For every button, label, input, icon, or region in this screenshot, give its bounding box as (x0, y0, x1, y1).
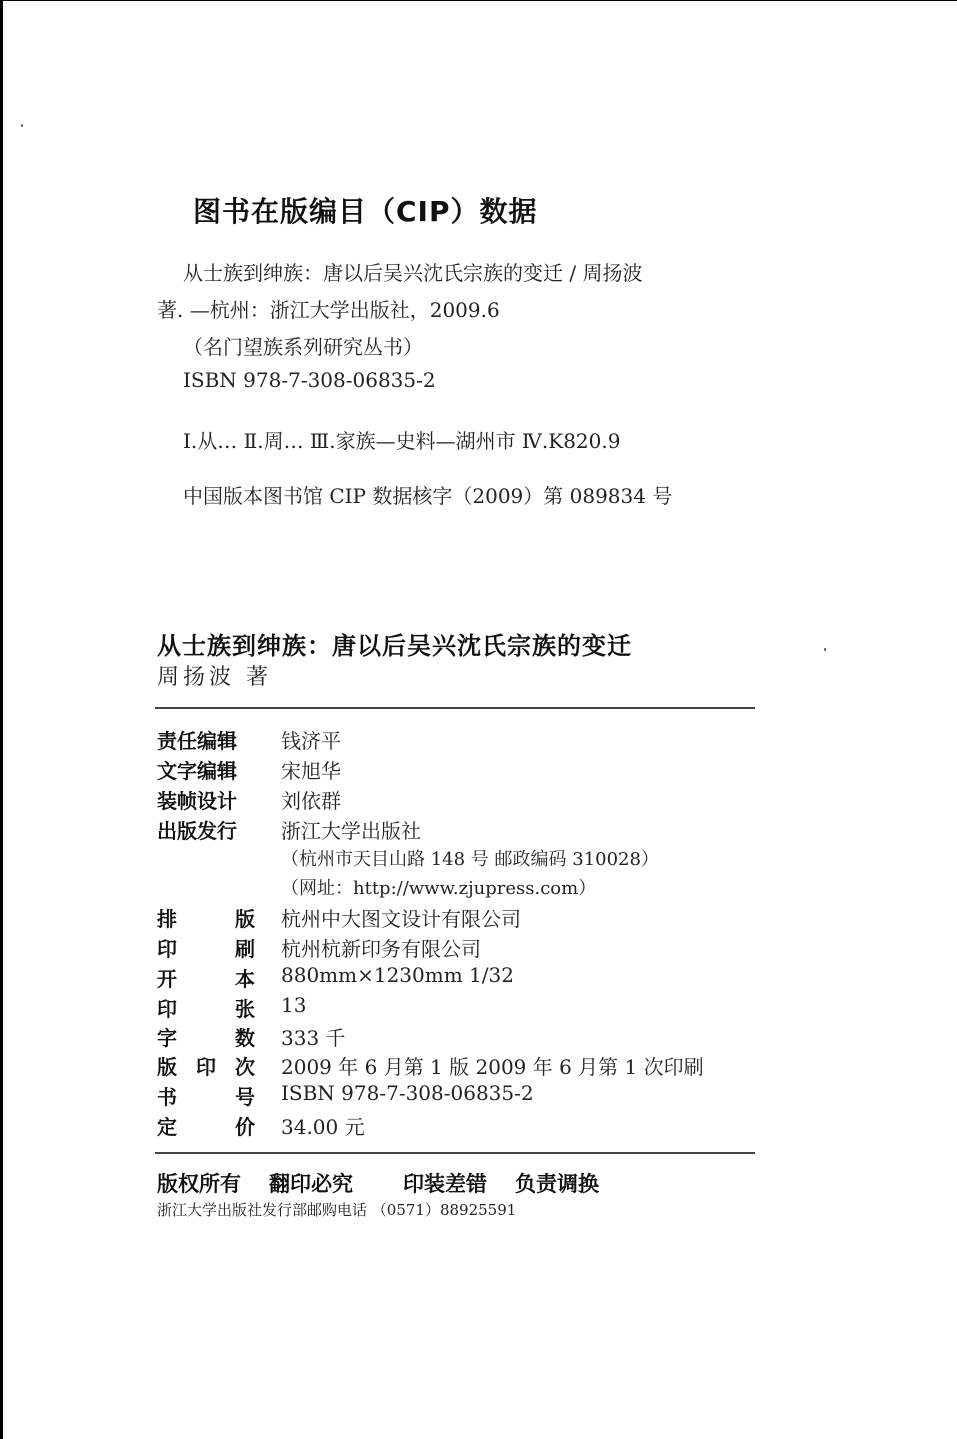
divider-top (155, 707, 755, 709)
colophon-row: 开本880mm×1230mm 1/32 (157, 963, 514, 993)
colophon-row: 书号ISBN 978-7-308-06835-2 (157, 1081, 534, 1111)
divider-bottom (155, 1152, 755, 1154)
colophon-label-char: 书 (157, 1081, 177, 1111)
colophon-value: 浙江大学出版社 (281, 815, 421, 845)
rights-item: 翻印必究 (269, 1172, 353, 1196)
colophon-row: 印张13 (157, 993, 306, 1023)
colophon-value: 杭州中大图文设计有限公司 (281, 903, 521, 933)
mail-order-phone: 浙江大学出版社发行部邮购电话 （0571）88925591 (157, 1199, 516, 1220)
colophon-row: 印刷杭州杭新印务有限公司 (157, 933, 481, 963)
colophon-label-char: 刷 (235, 933, 255, 963)
colophon-value: 刘依群 (281, 785, 341, 815)
colophon-label-char: 印 (157, 933, 177, 963)
colophon-label: 排版 (157, 903, 255, 933)
colophon-label-char: 数 (235, 1022, 255, 1052)
colophon-label-char: 印 (196, 1051, 216, 1081)
colophon-label-char: 开 (157, 963, 177, 993)
colophon-label-char: 印 (157, 993, 177, 1023)
cip-series-line: （名门望族系列研究丛书） (183, 331, 423, 360)
colophon-row: 装帧设计刘依群 (157, 785, 341, 815)
colophon-value: 13 (281, 993, 306, 1023)
cip-title-line: 从士族到绅族：唐以后吴兴沈氏宗族的变迁 / 周扬波 (183, 257, 642, 286)
colophon-label-char: 本 (235, 963, 255, 993)
colophon-row: （杭州市天目山路 148 号 邮政编码 310028） (157, 845, 659, 875)
colophon-label-char: 文字编辑 (157, 755, 237, 785)
colophon-label-char: 版 (157, 1051, 177, 1081)
cip-classification-line: Ⅰ.从… Ⅱ.周… Ⅲ.家族—史料—湖州市 Ⅳ.K820.9 (183, 425, 620, 454)
rights-item: 负责调换 (515, 1172, 599, 1196)
colophon-label: 字数 (157, 1022, 255, 1052)
colophon-label: 开本 (157, 963, 255, 993)
colophon-value: ISBN 978-7-308-06835-2 (281, 1081, 534, 1111)
book-title: 从士族到绅族：唐以后吴兴沈氏宗族的变迁 (157, 626, 632, 661)
cip-heading: 图书在版编目（CIP）数据 (193, 190, 538, 230)
colophon-row: 文字编辑宋旭华 (157, 755, 341, 785)
colophon-label: 装帧设计 (157, 785, 255, 815)
cip-isbn-line: ISBN 978-7-308-06835-2 (183, 368, 436, 392)
colophon-label: 书号 (157, 1081, 255, 1111)
colophon-row: 定价34.00 元 (157, 1111, 365, 1141)
colophon-row: 责任编辑钱济平 (157, 725, 341, 755)
colophon-label: 责任编辑 (157, 725, 255, 755)
colophon-label-char: 责任编辑 (157, 725, 237, 755)
colophon-value: 333 千 (281, 1022, 346, 1052)
colophon-label: 版印次 (157, 1051, 255, 1081)
colophon-label-char: 价 (235, 1111, 255, 1141)
colophon-label: 文字编辑 (157, 755, 255, 785)
scan-speck (21, 124, 23, 127)
colophon-value: （网址：http://www.zjupress.com） (281, 874, 596, 904)
colophon-label-char: 装帧设计 (157, 785, 237, 815)
colophon-label (157, 845, 255, 875)
colophon-value: 钱济平 (281, 725, 341, 755)
colophon-value: 880mm×1230mm 1/32 (281, 963, 514, 993)
colophon-value: 34.00 元 (281, 1111, 365, 1141)
scan-border-top (0, 0, 957, 1)
colophon-label-char: 字 (157, 1022, 177, 1052)
colophon-value: 杭州杭新印务有限公司 (281, 933, 481, 963)
rights-item: 版权所有 (157, 1172, 241, 1196)
cip-record-number-line: 中国版本图书馆 CIP 数据核字（2009）第 089834 号 (183, 480, 672, 509)
rights-item: 印装差错 (403, 1172, 487, 1196)
colophon-label (157, 874, 255, 904)
colophon-label-char: 张 (235, 993, 255, 1023)
colophon-value: 宋旭华 (281, 755, 341, 785)
colophon-label-char: 出版发行 (157, 815, 237, 845)
colophon-row: 版印次2009 年 6 月第 1 版 2009 年 6 月第 1 次印刷 (157, 1051, 704, 1081)
colophon-label: 印刷 (157, 933, 255, 963)
colophon-row: 出版发行浙江大学出版社 (157, 815, 421, 845)
colophon-label: 出版发行 (157, 815, 255, 845)
colophon-label-char: 排 (157, 903, 177, 933)
colophon-label-char: 次 (235, 1051, 255, 1081)
colophon-row: （网址：http://www.zjupress.com） (157, 874, 596, 904)
colophon-label-char: 定 (157, 1111, 177, 1141)
colophon-row: 字数333 千 (157, 1022, 346, 1052)
rights-notice: 版权所有翻印必究印装差错负责调换 (157, 1168, 627, 1198)
colophon-row: 排版杭州中大图文设计有限公司 (157, 903, 521, 933)
colophon-label-char: 版 (235, 903, 255, 933)
colophon-label-char: 号 (235, 1081, 255, 1111)
colophon-value: 2009 年 6 月第 1 版 2009 年 6 月第 1 次印刷 (281, 1051, 704, 1081)
colophon-label: 定价 (157, 1111, 255, 1141)
book-author: 周扬波 著 (157, 660, 272, 691)
scan-border-left (0, 0, 3, 1439)
colophon-value: （杭州市天目山路 148 号 邮政编码 310028） (281, 845, 659, 875)
colophon-label: 印张 (157, 993, 255, 1023)
cip-publisher-line: 著. —杭州：浙江大学出版社，2009.6 (157, 294, 500, 323)
scan-speck (824, 648, 826, 651)
